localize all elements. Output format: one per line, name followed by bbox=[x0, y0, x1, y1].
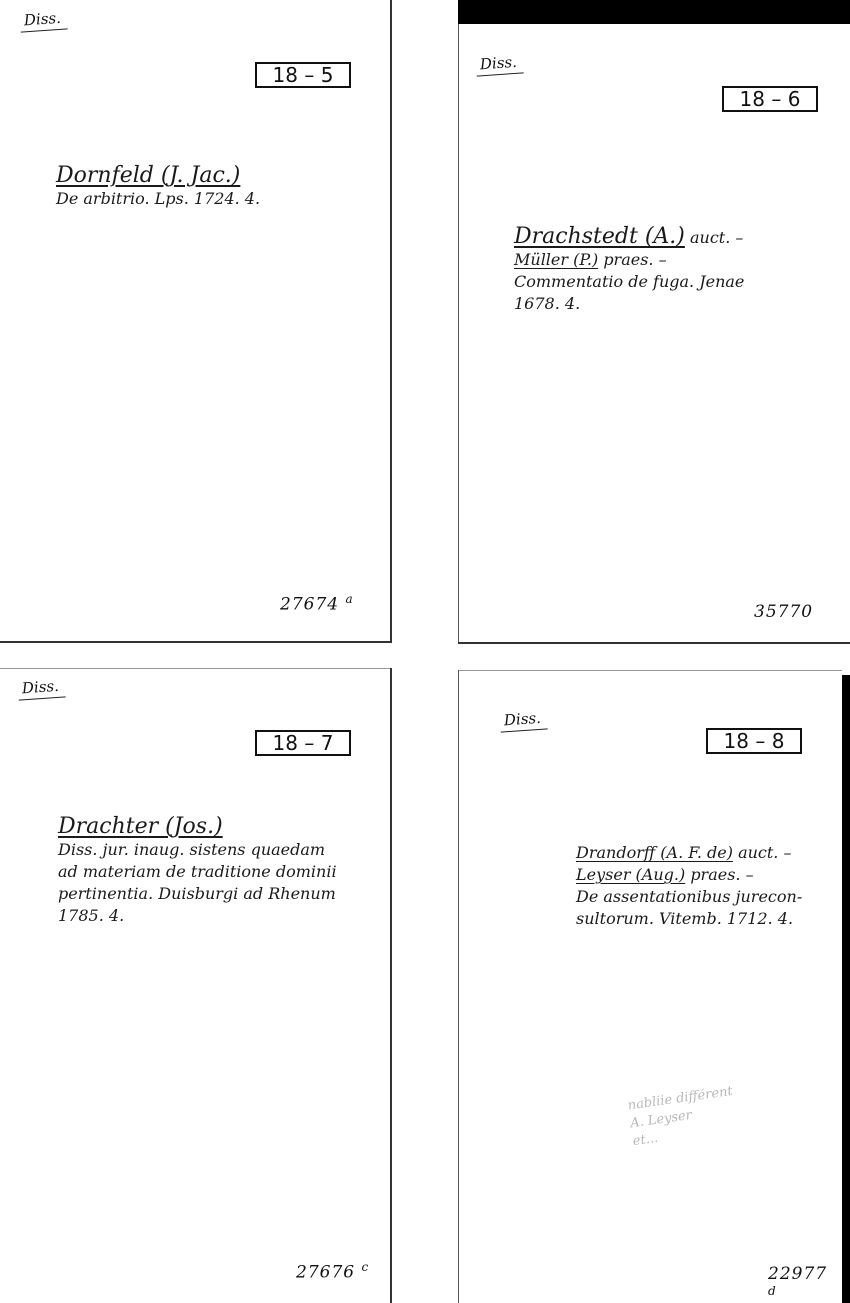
entry-line: pertinentia. Duisburgi ad Rhenum bbox=[58, 883, 337, 905]
entry-line: Diss. jur. inaug. sistens quaedam bbox=[58, 839, 337, 861]
accession-digits: 27674 bbox=[280, 595, 339, 615]
card-edge bbox=[390, 0, 392, 643]
accession-suffix: d bbox=[768, 1284, 777, 1298]
card-edge bbox=[458, 24, 459, 644]
role-label: praes. – bbox=[603, 250, 666, 269]
catalog-card-18-5: Diss. 18 – 5 Dornfeld (J. Jac.) De arbit… bbox=[0, 0, 392, 643]
entry-line: 1678. 4. bbox=[514, 293, 744, 315]
card-edge bbox=[458, 670, 842, 671]
call-number-box: 18 – 6 bbox=[722, 86, 818, 112]
card-edge bbox=[0, 641, 392, 643]
accession-number: 27674 a bbox=[280, 592, 354, 615]
card-edge bbox=[390, 668, 392, 1303]
card-edge bbox=[458, 670, 459, 1303]
accession-number: 22977 d bbox=[768, 1264, 842, 1303]
author-heading: Drachter (Jos.) bbox=[58, 814, 223, 839]
entry-line: 1785. 4. bbox=[58, 905, 337, 927]
catalog-entry: Dornfeld (J. Jac.) De arbitrio. Lps. 172… bbox=[56, 165, 260, 210]
pencil-note: nabliie différent A. Leyser et... bbox=[627, 1083, 739, 1151]
category-mark: Diss. bbox=[19, 8, 67, 32]
entry-line: Commentatio de fuga. Jenae bbox=[514, 271, 744, 293]
accession-digits: 35770 bbox=[754, 602, 813, 622]
category-mark: Diss. bbox=[499, 708, 547, 732]
catalog-entry: Drandorff (A. F. de) auct. – Leyser (Aug… bbox=[576, 842, 802, 930]
category-mark: Diss. bbox=[475, 52, 523, 76]
accession-suffix: c bbox=[362, 1260, 370, 1274]
card-edge bbox=[458, 642, 850, 644]
call-number-box: 18 – 7 bbox=[255, 730, 351, 756]
catalog-entry: Drachter (Jos.) Diss. jur. inaug. sisten… bbox=[58, 816, 337, 927]
scan-margin-top-right bbox=[458, 0, 850, 24]
role-label: auct. – bbox=[690, 228, 743, 247]
author-heading: Dornfeld (J. Jac.) bbox=[56, 163, 240, 188]
accession-number: 27676 c bbox=[296, 1260, 369, 1283]
catalog-card-18-6: Diss. 18 – 6 Drachstedt (A.) auct. – Mül… bbox=[458, 24, 850, 644]
catalog-entry: Drachstedt (A.) auct. – Müller (P.) prae… bbox=[514, 226, 744, 315]
entry-line: De arbitrio. Lps. 1724. 4. bbox=[56, 188, 260, 210]
call-number-box: 18 – 8 bbox=[706, 728, 802, 754]
accession-digits: 22977 bbox=[768, 1264, 827, 1284]
entry-line: sultorum. Vitemb. 1712. 4. bbox=[576, 908, 802, 930]
accession-suffix: a bbox=[346, 592, 354, 606]
second-name: Leyser (Aug.) bbox=[576, 865, 685, 884]
card-edge bbox=[0, 668, 392, 669]
call-number-box: 18 – 5 bbox=[255, 62, 351, 88]
accession-digits: 27676 bbox=[296, 1263, 355, 1283]
entry-line: De assentationibus jurecon- bbox=[576, 886, 802, 908]
accession-number: 35770 bbox=[754, 602, 813, 622]
scan-margin-right-bottom bbox=[842, 675, 850, 1303]
entry-line: ad materiam de traditione dominii bbox=[58, 861, 337, 883]
role-label: praes. – bbox=[690, 865, 753, 884]
catalog-card-18-7: Diss. 18 – 7 Drachter (Jos.) Diss. jur. … bbox=[0, 668, 392, 1303]
second-name: Müller (P.) bbox=[514, 250, 598, 269]
author-heading: Drandorff (A. F. de) bbox=[576, 843, 733, 862]
catalog-card-18-8: Diss. 18 – 8 Drandorff (A. F. de) auct. … bbox=[458, 670, 842, 1303]
author-heading: Drachstedt (A.) bbox=[514, 224, 685, 249]
category-mark: Diss. bbox=[17, 676, 65, 700]
role-label: auct. – bbox=[738, 843, 791, 862]
